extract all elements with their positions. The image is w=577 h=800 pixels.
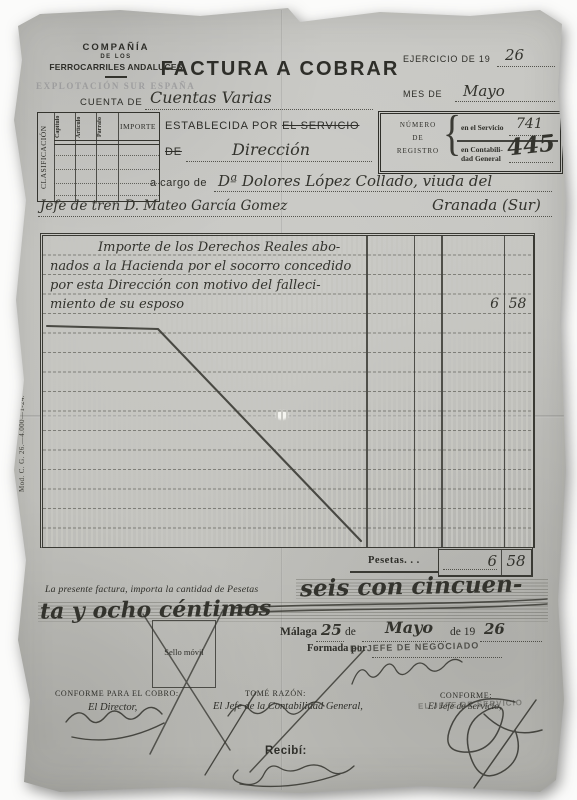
clasificacion-row-line: [54, 155, 159, 156]
cobro-sub: El Director,: [88, 702, 137, 713]
cobro-title: CONFORME PARA EL COBRO:: [55, 689, 179, 698]
clasificacion-row-line: [54, 169, 159, 170]
entry-line2: nados a la Hacienda por el socorro conce…: [50, 259, 351, 274]
clasificacion-importe-header: IMPORTE: [119, 122, 157, 131]
date-dotline: [480, 640, 542, 642]
registro-servicio-label: en el Servicio: [461, 123, 504, 132]
entry-line3: por esta Dirección con motivo del fallec…: [50, 278, 321, 293]
table-column-line: [414, 236, 415, 547]
clasificacion-header-rule: [54, 140, 159, 145]
clasificacion-table: CLASIFICACIÓN Capítulo Artículo Párrafo …: [37, 112, 160, 202]
ejercicio-dotline: [497, 65, 555, 67]
entry-pesetas-value: 6: [443, 296, 499, 312]
table-column-line: [441, 236, 443, 547]
registro-brace: {: [443, 105, 461, 162]
entry-centimos-value: 58: [506, 296, 529, 312]
entry-line4: miento de su esposo: [50, 297, 184, 312]
date-de1: de: [345, 626, 356, 638]
clasificacion-col2-header: Artículo: [76, 114, 95, 140]
clasificacion-col1-header: Capítulo: [55, 114, 74, 140]
date-dotline: [316, 640, 344, 642]
scanned-invoice-photo: COMPAÑÍA DE LOS FERROCARRILES ANDALUCES …: [0, 0, 577, 800]
table-column-line: [504, 236, 505, 547]
establecida-text: ESTABLECIDA POR: [165, 120, 278, 132]
clasificacion-title: CLASIFICACIÓN: [39, 113, 53, 201]
formada-dotline: [372, 656, 502, 658]
pesetas-total-label: Pesetas. . .: [368, 555, 420, 566]
cargo-holder-value: Dª Dolores López Collado, viuda del: [218, 172, 492, 190]
total-dotline: [443, 568, 497, 570]
amount-handwritten-line1: seis con cincuen-: [300, 571, 523, 603]
date-city: Málaga: [280, 626, 317, 638]
sello-movil-label: Sello móvil: [153, 647, 215, 657]
clasificacion-row-line: [54, 195, 159, 196]
entry-line1: Importe de los Derechos Reales abo-: [98, 240, 340, 255]
registro-box: NÚMERO DE REGISTRO { en el Servicio 741 …: [378, 111, 563, 174]
company-name-line1: COMPAÑÍA: [60, 42, 172, 53]
registro-label-line3: REGISTRO: [387, 147, 449, 155]
servicio-value: Dirección: [232, 140, 310, 159]
razon-title: TOMÉ RAZÓN:: [245, 689, 306, 698]
cargo-place-value: Granada (Sur): [432, 196, 541, 214]
establecida-dotline: [186, 160, 372, 162]
registro-contab-label1: en Contabili-: [461, 145, 503, 154]
date-de2: de 19: [450, 626, 475, 638]
mes-label: MES DE: [403, 89, 442, 99]
registro-contab-value: 445: [506, 130, 557, 162]
mes-dotline: [455, 100, 555, 102]
registro-servicio-value: 741: [516, 116, 543, 132]
a-cargo-label: a cargo de: [150, 177, 207, 189]
ejercicio-label: EJERCICIO DE 19: [403, 54, 491, 64]
cargo-dotline2: [38, 215, 552, 217]
registro-contab-label2: dad General: [461, 154, 501, 163]
page-title: FACTURA A COBRAR: [160, 58, 400, 81]
establecida-struck-text: EL SERVICIO: [282, 120, 359, 132]
ejercicio-value: 26: [505, 46, 524, 64]
invoice-table: Importe de los Derechos Reales abo- nado…: [40, 233, 535, 548]
sello-movil-box: Sello móvil: [152, 620, 216, 688]
cuenta-label: CUENTA DE: [80, 97, 143, 108]
recibi-stamp: Recibí:: [265, 745, 307, 757]
razon-sub: El Jefe de la Contabilidad General,: [213, 701, 363, 712]
establecida-de: DE: [165, 146, 182, 158]
company-name-line2: DE LOS: [60, 54, 172, 60]
company-underline: [105, 76, 127, 78]
date-year: 26: [484, 620, 505, 638]
invoice-paper: COMPAÑÍA DE LOS FERROCARRILES ANDALUCES …: [0, 0, 577, 800]
cargo-holder2-value: Jefe de tren D. Mateo García Gomez: [40, 198, 287, 214]
cargo-dotline1: [214, 190, 552, 192]
registro-label-line2: DE: [387, 134, 449, 142]
registro-contab-dotline: [509, 161, 553, 163]
signature-negociado: [352, 659, 462, 684]
table-column-line: [366, 236, 368, 547]
clasificacion-col3-header: Párrafo: [97, 114, 117, 140]
signature-conforme: [448, 699, 542, 788]
total-centimos-value: 58: [503, 552, 529, 570]
cuenta-dotline: [145, 108, 373, 110]
mes-value: Mayo: [463, 82, 505, 100]
margin-model-note: Mod. C. G. 26.—4.000—1-24.: [18, 352, 30, 492]
establecida-line: ESTABLECIDA POR EL SERVICIO: [165, 120, 359, 132]
date-month: Mayo: [385, 618, 433, 637]
jefe-negociado-stamp: EL JEFE DE NEGOCIADO: [350, 640, 480, 653]
signature-recibi: [233, 765, 354, 787]
amount-printed-sentence: La presente factura, importa la cantidad…: [45, 584, 258, 595]
date-day: 25: [321, 621, 342, 639]
conforme-stamp: EL JEFE DE SERVICIO: [418, 698, 523, 711]
cuenta-value: Cuentas Varias: [150, 88, 272, 107]
paper-shadow: COMPAÑÍA DE LOS FERROCARRILES ANDALUCES …: [0, 0, 577, 800]
registro-label-line1: NÚMERO: [387, 121, 449, 129]
clasificacion-row-line: [54, 183, 159, 184]
